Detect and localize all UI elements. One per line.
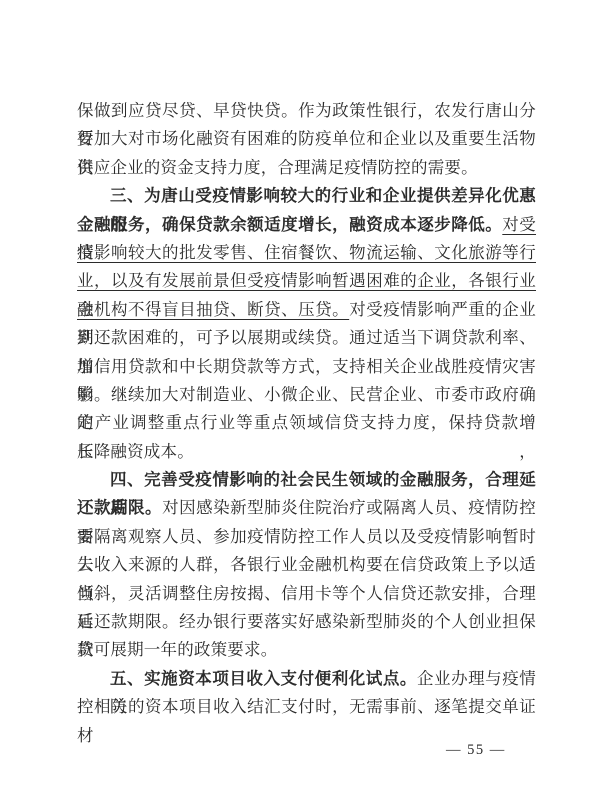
text-line: 加信用贷款和中长期贷款等方式，支持相关企业战胜疫情灾害影 — [77, 353, 536, 381]
text-line: 控相关的资本项目收入结汇支付时，无需事前、逐笔提交单证材 — [77, 693, 536, 721]
document-body: 保做到应贷尽贷、早贷快贷。作为政策性银行，农发行唐山分行要加大对市场化融资有困难… — [77, 97, 536, 722]
text-segment: 压降融资成本。 — [77, 442, 194, 461]
heading-text: 还款期限。 — [77, 498, 162, 517]
text-line: 四、完善受疫情影响的社会民生领域的金融服务，合理延后 — [77, 466, 536, 494]
text-line: 融机构不得盲目抽贷、断贷、压贷。对受疫情影响严重的企业到 — [77, 296, 536, 324]
text-segment: 供应企业的资金支持力度，合理满足疫情防控的需要。 — [77, 158, 478, 177]
text-line: 三、为唐山受疫情影响较大的行业和企业提供差异化优惠的 — [77, 182, 536, 210]
text-line: 业，以及有发展前景但受疫情影响暂遇困难的企业，各银行业金 — [77, 267, 536, 295]
text-line: 金融服务，确保贷款余额适度增长，融资成本逐步降低。对受疫 — [77, 211, 536, 239]
underlined-text: 情影响较大的批发零售、住宿餐饮、物流运输、文化旅游等行 — [77, 243, 536, 262]
text-line: 去收入来源的人群，各银行业金融机构要在信贷政策上予以适当 — [77, 551, 536, 579]
underlined-text: 融机构不得盲目抽贷、断贷、压贷。 — [77, 300, 349, 319]
page-number: — 55 — — [446, 742, 506, 759]
text-line: 情影响较大的批发零售、住宿餐饮、物流运输、文化旅游等行 — [77, 239, 536, 267]
text-line: 款可展期一年的政策要求。 — [77, 636, 536, 664]
text-segment: 款可展期一年的政策要求。 — [77, 640, 277, 659]
heading-text: 五、实施资本项目收入支付便利化试点。 — [110, 669, 417, 688]
document-page: 保做到应贷尽贷、早贷快贷。作为政策性银行，农发行唐山分行要加大对市场化融资有困难… — [0, 0, 592, 804]
text-line: 后还款期限。经办银行要落实好感染新型肺炎的个人创业担保贷 — [77, 608, 536, 636]
text-segment: 控相关的资本项目收入结汇支付时，无需事前、逐笔提交单证材 — [77, 697, 536, 744]
text-line: 要隔离观察人员、参加疫情防控工作人员以及受疫情影响暂时失 — [77, 523, 536, 551]
text-line: 的产业调整重点行业等重点领域信贷支持力度，保持贷款增长， — [77, 409, 536, 437]
text-line: 倾斜，灵活调整住房按揭、信用卡等个人信贷还款安排，合理延 — [77, 580, 536, 608]
text-line: 保做到应贷尽贷、早贷快贷。作为政策性银行，农发行唐山分行 — [77, 97, 536, 125]
text-line: 供应企业的资金支持力度，合理满足疫情防控的需要。 — [77, 154, 536, 182]
heading-text: 金融服务，确保贷款余额适度增长，融资成本逐步降低。 — [77, 215, 502, 234]
text-line: 响。继续加大对制造业、小微企业、民营企业、市委市政府确定 — [77, 381, 536, 409]
text-line: 还款期限。对因感染新型肺炎住院治疗或隔离人员、疫情防控需 — [77, 494, 536, 522]
text-line: 期还款困难的，可予以展期或续贷。通过适当下调贷款利率、增 — [77, 324, 536, 352]
text-line: 五、实施资本项目收入支付便利化试点。企业办理与疫情防 — [77, 665, 536, 693]
text-line: 要加大对市场化融资有困难的防疫单位和企业以及重要生活物资 — [77, 125, 536, 153]
